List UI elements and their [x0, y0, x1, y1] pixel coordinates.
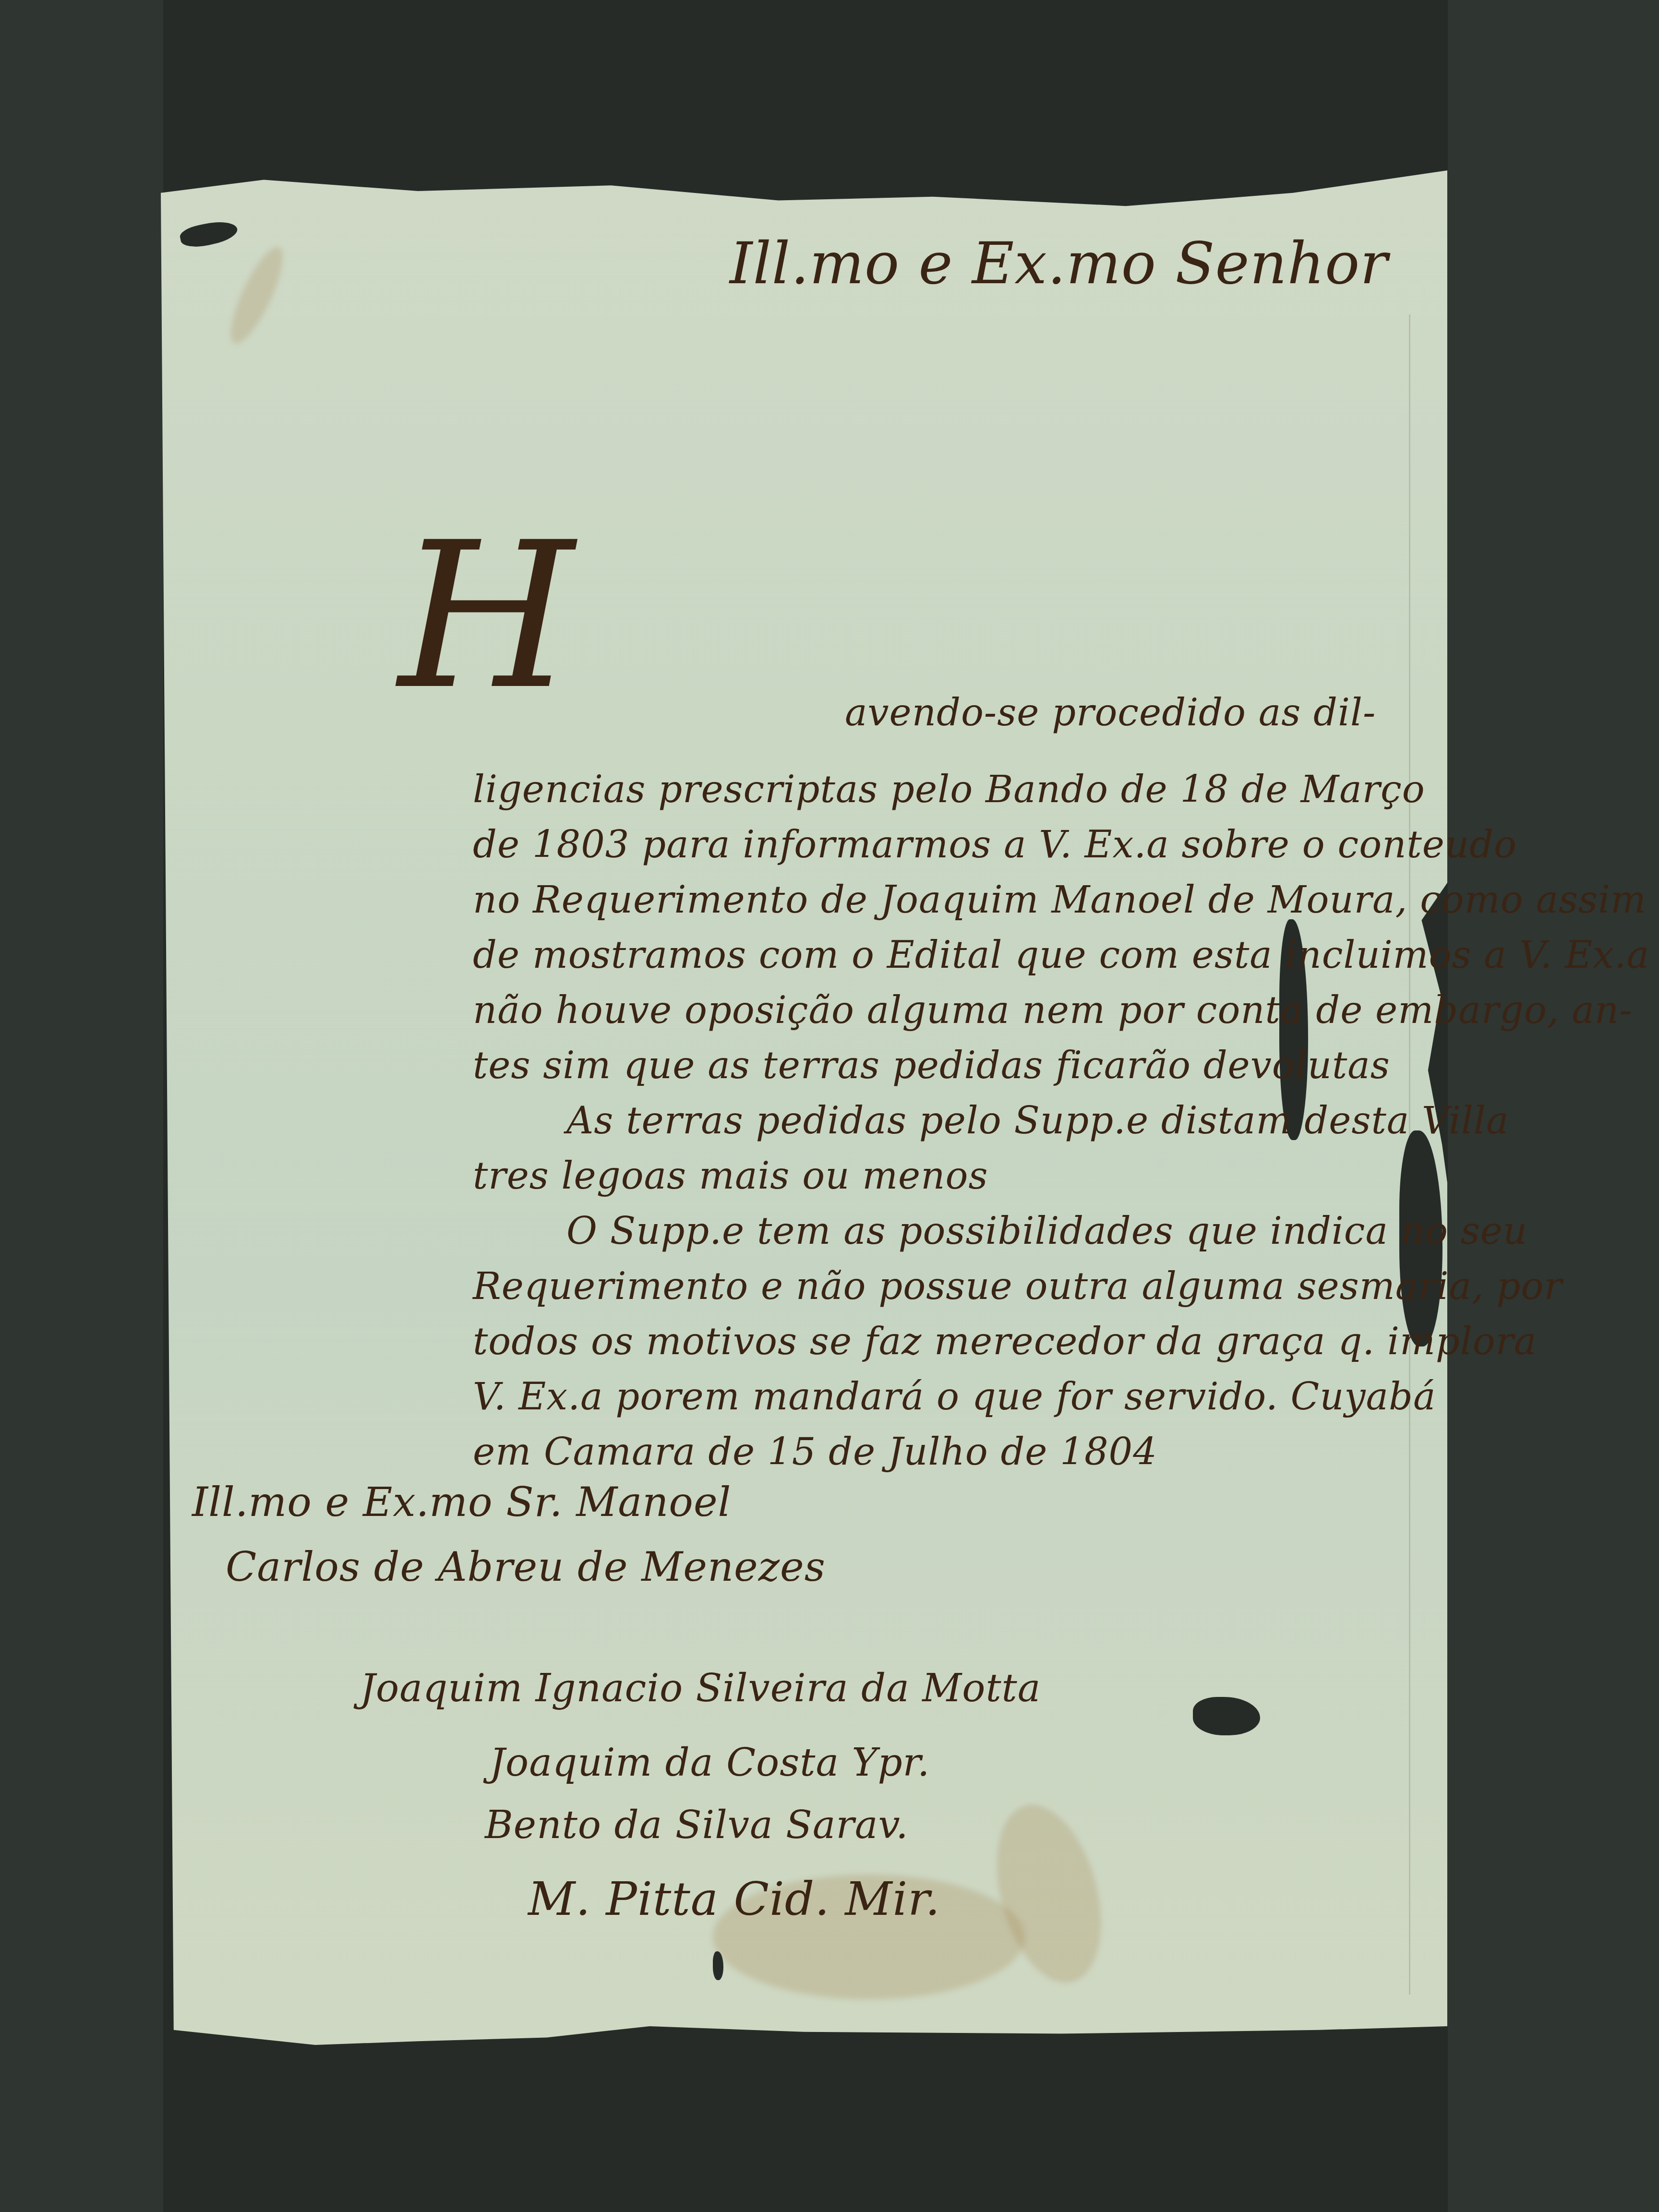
ink-burn-hole-top-left	[179, 217, 240, 251]
dateline: em Camara de 15 de Julho de 1804	[473, 1431, 1157, 1474]
scanner-backdrop-left	[0, 0, 163, 2212]
signature: M. Pitta Cid. Mir.	[528, 1872, 940, 1926]
addressee-line: Ill.mo e Ex.mo Sr. Manoel	[192, 1479, 731, 1526]
body-line: todos os motivos se faz merecedor da gra…	[473, 1320, 1537, 1363]
body-line: V. Ex.a porem mandará o que for servido.…	[473, 1375, 1436, 1419]
body-line: tes sim que as terras pedidas ficarão de…	[473, 1044, 1390, 1087]
signature: Bento da Silva Sarav.	[485, 1803, 909, 1847]
water-stain	[221, 241, 292, 349]
body-line: O Supp.e tem as possibilidades que indic…	[566, 1210, 1527, 1253]
addressee-line: Carlos de Abreu de Menezes	[226, 1543, 826, 1590]
decorative-initial: H	[398, 499, 574, 734]
body-line: Requerimento e não possue outra alguma s…	[473, 1265, 1563, 1308]
body-line: de 1803 para informarmos a V. Ex.a sobre…	[473, 823, 1517, 866]
body-line: não houve oposição alguma nem por conta …	[473, 989, 1633, 1032]
body-line: avendo-se procedido as dil-	[845, 691, 1376, 734]
body-line: As terras pedidas pelo Supp.e distam des…	[566, 1099, 1509, 1142]
signature: Joaquim Ignacio Silveira da Motta	[360, 1666, 1041, 1710]
body-line: de mostramos com o Edital que com esta i…	[473, 934, 1649, 977]
signature: Joaquim da Costa Ypr.	[490, 1740, 930, 1785]
ink-burn-hole-seal	[1193, 1697, 1260, 1735]
body-line: tres legoas mais ou menos	[473, 1154, 988, 1198]
salutation-heading: Ill.mo e Ex.mo Senhor	[730, 230, 1388, 297]
body-line: ligencias prescriptas pelo Bando de 18 d…	[473, 768, 1425, 811]
body-line: no Requerimento de Joaquim Manoel de Mou…	[473, 878, 1647, 922]
